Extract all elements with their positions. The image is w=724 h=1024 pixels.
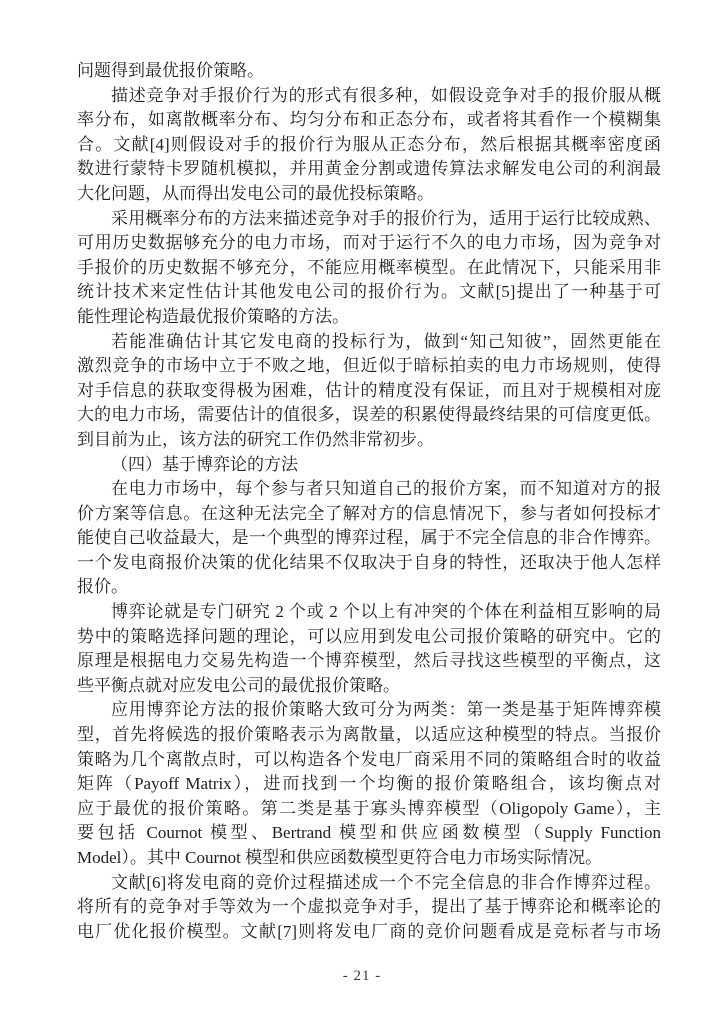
text-line: 大化问题，从而得出发电公司的最优投标策略。 (77, 182, 661, 207)
text-line: 数进行蒙特卡罗随机模拟，并用黄金分割或遗传算法求解发电公司的利润最 (77, 157, 661, 182)
text-line: Model）。其中 Cournot 模型和供应函数模型更符合电力市场实际情况。 (77, 846, 661, 871)
text-line: 势中的策略选择问题的理论，可以应用到发电公司报价策略的研究中。它的 (77, 625, 661, 650)
text-line: 策略为几个离散点时，可以构造各个发电厂商采用不同的策略组合时的收益 (77, 748, 661, 773)
text-line: 些平衡点就对应发电公司的最优报价策略。 (77, 674, 661, 699)
text-line: 问题得到最优报价策略。 (77, 59, 661, 84)
text-line: 型，首先将候选的报价策略表示为离散量，以适应这种模型的特点。当报价 (77, 723, 661, 748)
paper-page: 问题得到最优报价策略。描述竞争对手报价行为的形式有很多种，如假设竞争对手的报价服… (0, 0, 724, 1024)
section-heading: （四）基于博弈论的方法 (77, 453, 661, 478)
text-line: 描述竞争对手报价行为的形式有很多种，如假设竞争对手的报价服从概 (77, 84, 661, 109)
page-number: - 21 - (0, 968, 724, 985)
text-line: 统计技术来定性估计其他发电公司的报价行为。文献[5]提出了一种基于可 (77, 280, 661, 305)
text-line: 能使自己收益最大，是一个典型的博弈过程，属于不完全信息的非合作博弈。 (77, 526, 661, 551)
text-line: 将所有的竞争对手等效为一个虚拟竞争对手，提出了基于博弈论和概率论的 (77, 895, 661, 920)
text-line: 博弈论就是专门研究 2 个或 2 个以上有冲突的个体在利益相互影响的局 (77, 600, 661, 625)
text-line: 能性理论构造最优报价策略的方法。 (77, 305, 661, 330)
text-line: 率分布，如离散概率分布、均匀分布和正态分布，或者将其看作一个模糊集 (77, 108, 661, 133)
text-line: 价方案等信息。在这种无法完全了解对方的信息情况下，参与者如何投标才 (77, 502, 661, 527)
text-line: 对手信息的获取变得极为困难，估计的精度没有保证，而且对于规模相对庞 (77, 379, 661, 404)
text-line: 要包括 Cournot 模型、Bertrand 模型和供应函数模型（Supply… (77, 821, 661, 846)
text-line: 手报价的历史数据不够充分，不能应用概率模型。在此情况下，只能采用非 (77, 256, 661, 281)
text-line: 若能准确估计其它发电商的投标行为，做到“知己知彼”，固然更能在 (77, 330, 661, 355)
text-line: 矩阵（Payoff Matrix），进而找到一个均衡的报价策略组合，该均衡点对 (77, 772, 661, 797)
text-line: 一个发电商报价决策的优化结果不仅取决于自身的特性，还取决于他人怎样 (77, 551, 661, 576)
text-line: 合。文献[4]则假设对手的报价行为服从正态分布，然后根据其概率密度函 (77, 133, 661, 158)
text-line: 到目前为止，该方法的研究工作仍然非常初步。 (77, 428, 661, 453)
text-line: 应用博弈论方法的报价策略大致可分为两类：第一类是基于矩阵博弈模 (77, 698, 661, 723)
text-line: 电厂优化报价模型。文献[7]则将发电厂商的竞价问题看成是竞标者与市场 (77, 920, 661, 945)
text-line: 大的电力市场，需要估计的值很多，误差的积累使得最终结果的可信度更低。 (77, 403, 661, 428)
text-line: 文献[6]将发电商的竞价过程描述成一个不完全信息的非合作博弈过程。 (77, 871, 661, 896)
text-line: 可用历史数据够充分的电力市场，而对于运行不久的电力市场，因为竞争对 (77, 231, 661, 256)
text-line: 激烈竞争的市场中立于不败之地，但近似于暗标拍卖的电力市场规则，使得 (77, 354, 661, 379)
text-line: 在电力市场中，每个参与者只知道自己的报价方案，而不知道对方的报 (77, 477, 661, 502)
text-line: 采用概率分布的方法来描述竞争对手的报价行为，适用于运行比较成熟、 (77, 207, 661, 232)
text-line: 原理是根据电力交易先构造一个博弈模型，然后寻找这些模型的平衡点，这 (77, 649, 661, 674)
text-line: 报价。 (77, 575, 661, 600)
document-text: 问题得到最优报价策略。描述竞争对手报价行为的形式有很多种，如假设竞争对手的报价服… (77, 59, 661, 944)
text-line: 应于最优的报价策略。第二类是基于寡头博弈模型（Oligopoly Game），主 (77, 797, 661, 822)
